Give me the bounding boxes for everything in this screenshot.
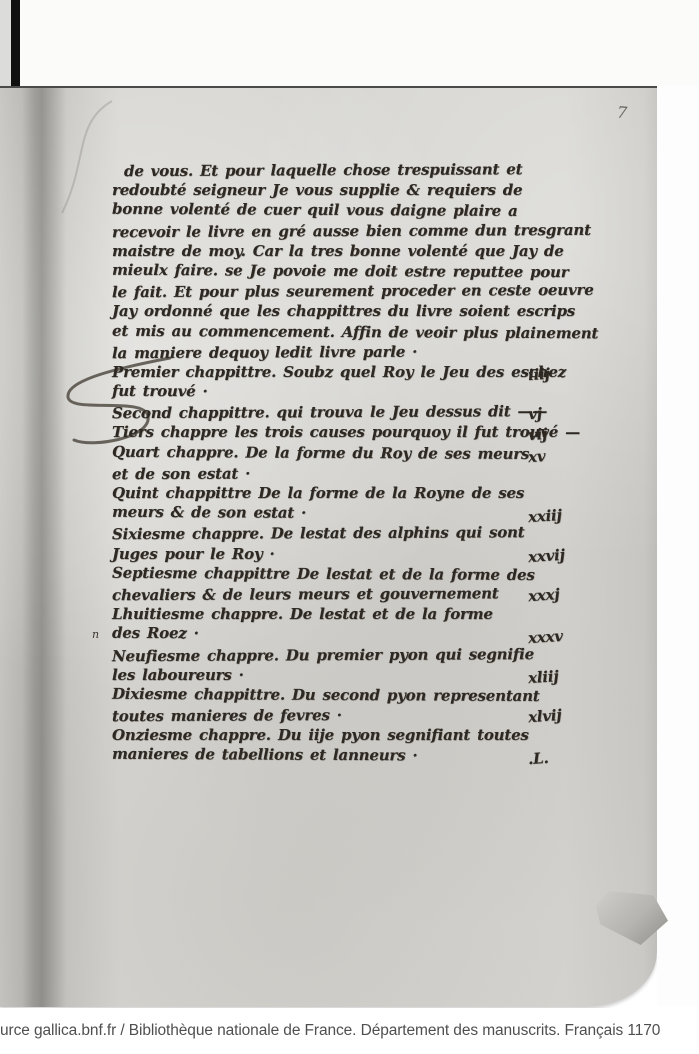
prologue-line: Jay ordonné que les chappittres du livre… <box>112 301 590 321</box>
chapter-folio-numeral: xliij <box>527 664 590 688</box>
chapter-line: Sixiesme chappre. De lestat des alphins … <box>112 522 590 545</box>
chapter-line: Quint chappittre De la forme de la Royne… <box>112 483 590 503</box>
chapter-line: Premier chappittre. Soubz quel Roy le Je… <box>112 362 590 382</box>
manuscript-line-text: mieulx faire. se Je povoie me doit estre… <box>112 261 569 281</box>
manuscript-line-text: les laboureurs · <box>112 666 244 684</box>
manuscript-line-text: le fait. Et pour plus seurement proceder… <box>112 281 594 301</box>
prologue-line: bonne volenté de cuer quil vous daigne p… <box>112 199 590 222</box>
prologue-line: maistre de moy. Car la tres bonne volent… <box>112 241 590 261</box>
manuscript-line-text: chevaliers & de leurs meurs et gouvernem… <box>112 584 499 604</box>
manuscript-line-text: recevoir le livre en gré ausse bien comm… <box>112 220 591 240</box>
gutter-shadow <box>22 88 66 1007</box>
manuscript-scan: 7 n de vous. Et pour laquelle chose tres… <box>0 0 699 1054</box>
prologue-line: recevoir le livre en gré ausse bien comm… <box>112 219 590 242</box>
manuscript-line-text: Neufiesme chappre. Du premier pyon qui s… <box>112 645 534 665</box>
margin-note: n <box>92 628 99 641</box>
chapter-folio-numeral: xxvij <box>527 542 590 566</box>
chapter-line: des Roez ·xxxv <box>112 623 590 646</box>
chapter-line: Lhuitiesme chappre. De lestat et de la f… <box>112 604 590 624</box>
chapter-line: fut trouvé · <box>112 381 590 404</box>
chapter-line: Dixiesme chappittre. Du second pyon repr… <box>112 684 590 707</box>
prologue-line: redoubté seigneur Je vous supplie & requ… <box>112 180 590 200</box>
manuscript-line-text: et de son estat · <box>112 464 250 483</box>
manuscript-line-text: Dixiesme chappittre. Du second pyon repr… <box>112 685 540 705</box>
scan-right-background <box>657 86 699 1006</box>
manuscript-line-text: Jay ordonné que les chappittres du livre… <box>112 302 575 320</box>
manuscript-line-text: la maniere dequoy ledit livre parle · <box>112 342 417 361</box>
chapter-line: Neufiesme chappre. Du premier pyon qui s… <box>112 643 590 666</box>
manuscript-line-text: Lhuitiesme chappre. De lestat et de la f… <box>112 605 493 623</box>
scan-left-edge <box>0 0 11 88</box>
chapter-line: Septiesme chappittre De lestat et de la … <box>112 562 590 585</box>
manuscript-text-block: de vous. Et pour laquelle chose trespuis… <box>112 160 590 766</box>
manuscript-line-text: maistre de moy. Car la tres bonne volent… <box>112 242 564 260</box>
manuscript-line-text: Tiers chappre les trois causes pourquoy … <box>112 423 580 441</box>
caption-bar: urce gallica.bnf.fr / Bibliothèque natio… <box>0 1008 699 1054</box>
manuscript-line-text: Septiesme chappittre De lestat et de la … <box>112 563 535 583</box>
manuscript-line-text: Premier chappittre. Soubz quel Roy le Je… <box>112 363 566 381</box>
manuscript-line-text: bonne volenté de cuer quil vous daigne p… <box>112 200 518 220</box>
prologue-line: et mis au commencement. Affin de veoir p… <box>112 320 590 343</box>
prologue-line: la maniere dequoy ledit livre parle · <box>112 341 590 364</box>
prologue-line: le fait. Et pour plus seurement proceder… <box>112 280 590 303</box>
chapter-line: toutes manieres de fevres ·xlvij <box>112 704 590 727</box>
folio-number: 7 <box>616 103 627 123</box>
chapter-line: les laboureurs ·xliij <box>112 665 590 685</box>
manuscript-line-text: Onziesme chappre. Du iije pyon segnifian… <box>112 726 529 744</box>
manuscript-line-text: Quart chappre. De la forme du Roy de ses… <box>112 442 529 462</box>
manuscript-line-text: meurs & de son estat · <box>112 503 306 522</box>
manuscript-line-text: des Roez · <box>112 624 199 642</box>
chapter-line: chevaliers & de leurs meurs et gouvernem… <box>112 583 590 606</box>
manuscript-line-text: manieres de tabellions et lanneurs · <box>112 745 418 765</box>
prologue-line: mieulx faire. se Je povoie me doit estre… <box>112 260 590 283</box>
chapter-folio-numeral: vij <box>527 421 590 445</box>
chapter-folio-numeral: .L. <box>527 746 590 770</box>
manuscript-line-text: Juges pour le Roy · <box>112 545 275 563</box>
manuscript-line-text: Sixiesme chappre. De lestat des alphins … <box>112 524 525 544</box>
manuscript-line-text: de vous. Et pour laquelle chose trespuis… <box>124 160 522 180</box>
manuscript-line-text: et mis au commencement. Affin de veoir p… <box>112 321 598 342</box>
manuscript-line-text: Second chappittre. qui trouva le Jeu des… <box>112 402 547 422</box>
chapter-line: Quart chappre. De la forme du Roy de ses… <box>112 441 590 464</box>
prologue-line: de vous. Et pour laquelle chose trespuis… <box>112 159 590 182</box>
chapter-line: Second chappittre. qui trouva le Jeu des… <box>112 401 590 424</box>
gallica-attribution: urce gallica.bnf.fr / Bibliothèque natio… <box>0 1022 660 1040</box>
manuscript-line-text: redoubté seigneur Je vous supplie & requ… <box>112 181 522 199</box>
manuscript-line-text: Quint chappittre De la forme de la Royne… <box>112 484 524 502</box>
chapter-line: manieres de tabellions et lanneurs ·.L. <box>112 744 590 767</box>
chapter-folio-numeral: xxxj <box>527 582 590 607</box>
chapter-line: et de son estat · <box>112 462 590 485</box>
binding-black-strip <box>11 0 20 89</box>
chapter-folio-numeral: iiij <box>527 361 590 385</box>
manuscript-line-text: fut trouvé · <box>112 382 208 401</box>
chapter-folio-numeral: xlvij <box>527 703 590 728</box>
manuscript-line-text: toutes manieres de fevres · <box>112 706 342 725</box>
chapter-line: Onziesme chappre. Du iije pyon segnifian… <box>112 725 590 745</box>
chapter-line: Tiers chappre les trois causes pourquoy … <box>112 422 590 442</box>
chapter-line: Juges pour le Roy ·xxvij <box>112 544 590 564</box>
scan-top-background <box>0 0 699 88</box>
